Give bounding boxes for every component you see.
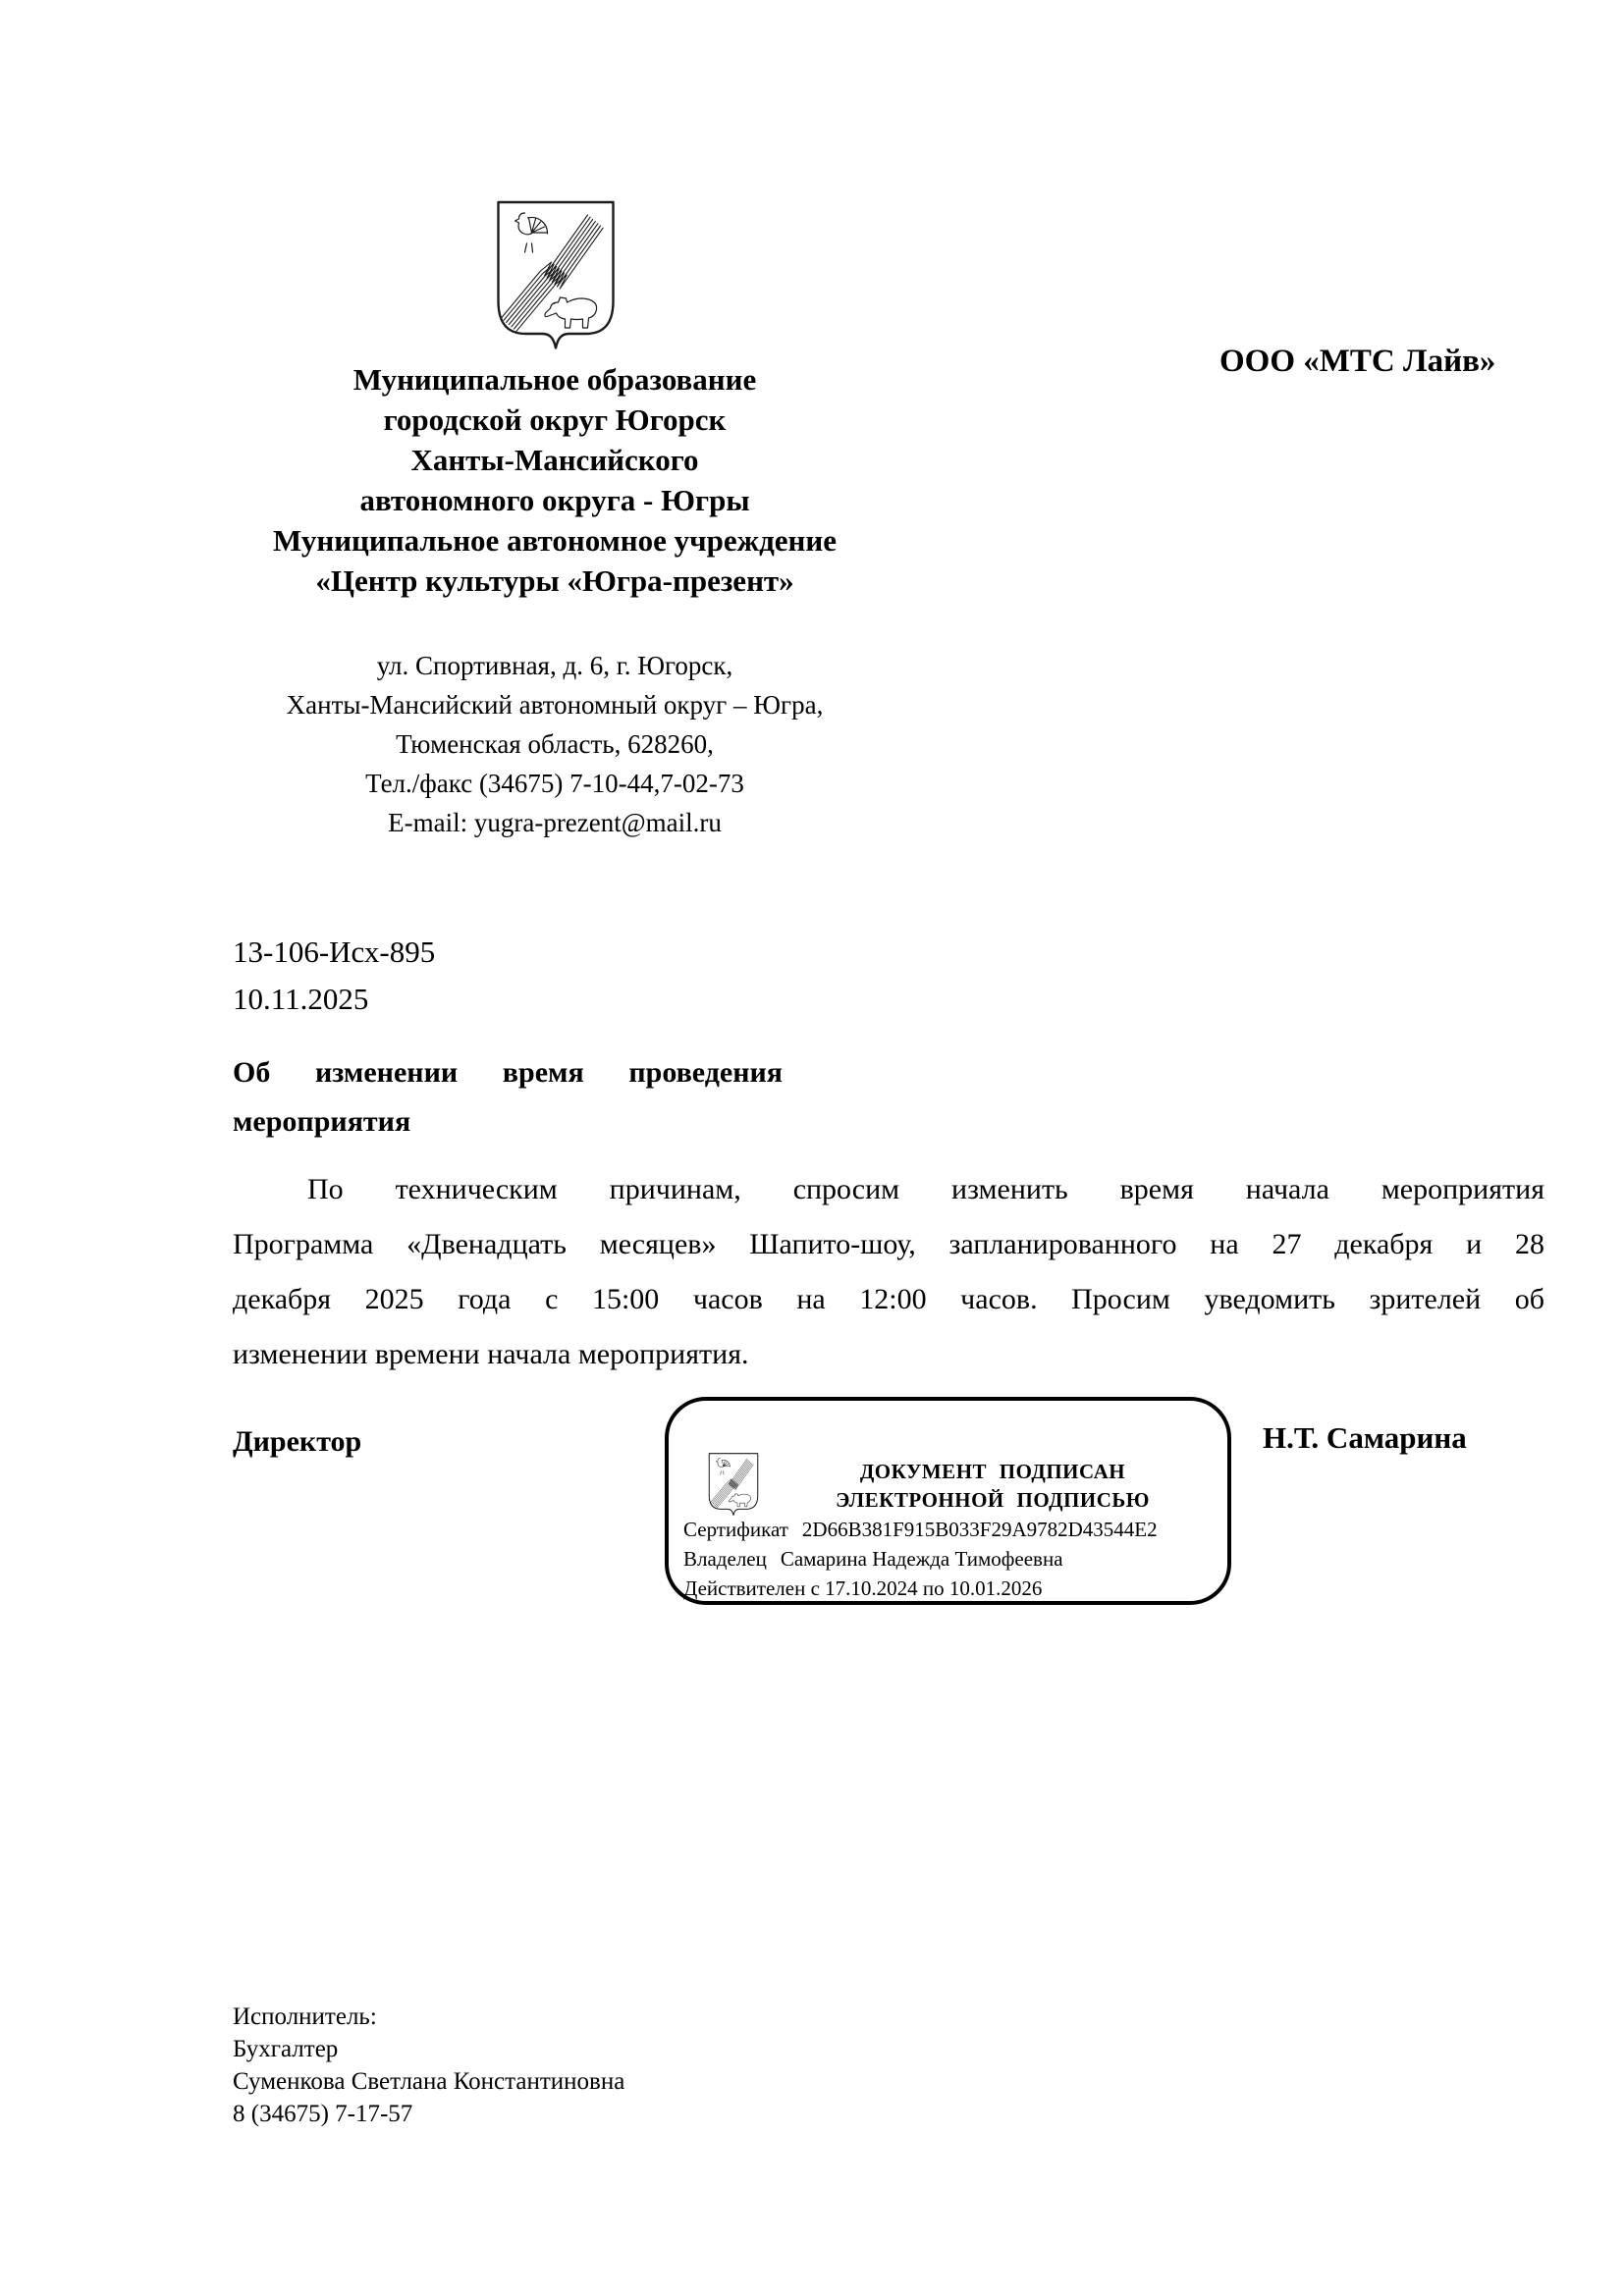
certificate-line: Сертификат2D66B381F915B033F29A9782D43544… [683, 1515, 1158, 1544]
address-line: Тел./факс (34675) 7-10-44,7-02-73 [137, 764, 972, 803]
certificate-label: Сертификат [683, 1518, 788, 1541]
address-line: Тюменская область, 628260, [137, 724, 972, 764]
recipient-name: ООО «МТС Лайв» [1219, 344, 1495, 380]
owner-value: Самарина Надежда Тимофеевна [781, 1547, 1063, 1571]
executor-label: Исполнитель: [233, 2001, 624, 2033]
letter-page: ООО «МТС Лайв» Муниципальное образование… [0, 0, 1624, 2296]
org-line: автономного округа - Югры [137, 480, 972, 520]
body-line: По техническим причинам, спросим изменит… [233, 1162, 1544, 1217]
validity-line: Действителен с 17.10.2024 по 10.01.2026 [683, 1574, 1158, 1603]
yugorsk-coat-of-arms-icon [706, 1452, 761, 1517]
organization-name-block: Муниципальное образование городской окру… [137, 359, 972, 601]
org-line: Муниципальное образование [137, 359, 972, 400]
address-line email-line: E-mail: yugra-prezent@mail.ru [137, 803, 972, 842]
executor-name: Суменкова Светлана Константиновна [233, 2065, 624, 2098]
stamp-title-line: ДОКУМЕНТ ПОДПИСАН [772, 1458, 1214, 1486]
stamp-details: Сертификат2D66B381F915B033F29A9782D43544… [683, 1515, 1158, 1603]
body-line: изменении времени начала мероприятия. [233, 1327, 1544, 1382]
subject-line: мероприятия [233, 1097, 783, 1147]
body-line: Программа «Двенадцать месяцев» Шапито-шо… [233, 1217, 1544, 1272]
yugorsk-coat-of-arms-icon [491, 198, 621, 351]
organization-address-block: ул. Спортивная, д. 6, г. Югорск, Ханты-М… [137, 646, 972, 842]
digital-signature-stamp: ДОКУМЕНТ ПОДПИСАН ЭЛЕКТРОННОЙ ПОДПИСЬЮ С… [665, 1397, 1231, 1605]
certificate-value: 2D66B381F915B033F29A9782D43544E2 [802, 1518, 1158, 1541]
address-line: Ханты-Мансийский автономный округ – Югра… [137, 685, 972, 724]
org-line: городской округ Югорск [137, 400, 972, 440]
stamp-title: ДОКУМЕНТ ПОДПИСАН ЭЛЕКТРОННОЙ ПОДПИСЬЮ [772, 1458, 1214, 1515]
org-line: «Центр культуры «Югра-презент» [137, 561, 972, 601]
owner-label: Владелец [683, 1547, 767, 1571]
stamp-title-line: ЭЛЕКТРОННОЙ ПОДПИСЬЮ [772, 1486, 1214, 1515]
reference-block: 13-106-Исх-895 10.11.2025 [233, 929, 435, 1023]
letter-subject: Об изменении время проведения мероприяти… [233, 1048, 783, 1147]
owner-line: ВладелецСамарина Надежда Тимофеевна [683, 1544, 1158, 1574]
address-line: ул. Спортивная, д. 6, г. Югорск, [137, 646, 972, 685]
executor-phone: 8 (34675) 7-17-57 [233, 2098, 624, 2130]
body-line: декабря 2025 года с 15:00 часов на 12:00… [233, 1272, 1544, 1327]
org-line: Ханты-Мансийского [137, 440, 972, 480]
executor-block: Исполнитель: Бухгалтер Суменкова Светлан… [233, 2001, 624, 2130]
executor-position: Бухгалтер [233, 2033, 624, 2065]
subject-line: Об изменении время проведения [233, 1048, 783, 1097]
signer-position: Директор [233, 1425, 361, 1459]
signer-name: Н.Т. Самарина [1263, 1420, 1467, 1456]
letter-body: По техническим причинам, спросим изменит… [233, 1162, 1544, 1382]
letter-date: 10.11.2025 [233, 976, 435, 1023]
org-line: Муниципальное автономное учреждение [137, 520, 972, 561]
outgoing-number: 13-106-Исх-895 [233, 929, 435, 976]
